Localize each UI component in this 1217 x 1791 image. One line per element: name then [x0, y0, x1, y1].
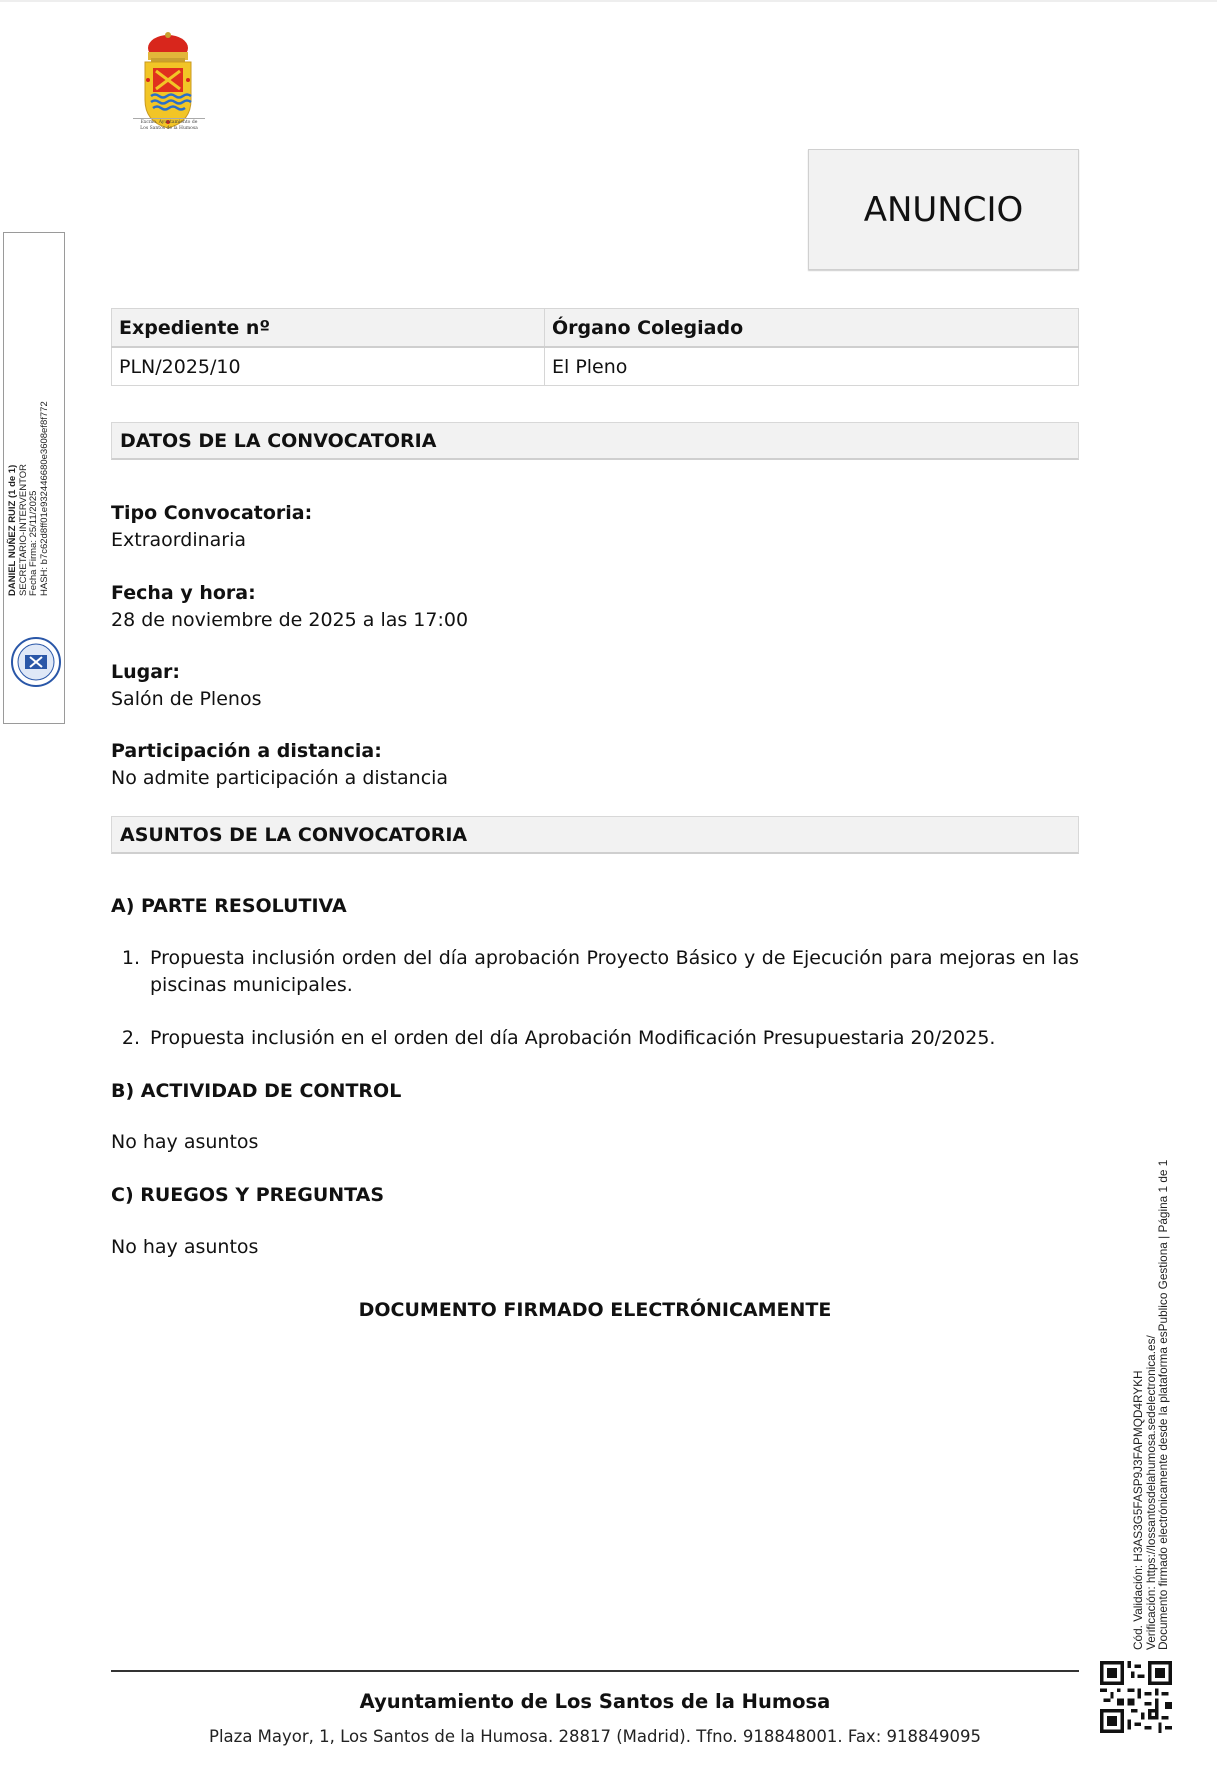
official-seal-icon — [10, 636, 62, 688]
logo-caption-line2: Los Santos de la Humosa — [133, 126, 205, 132]
qr-code-icon[interactable] — [1100, 1661, 1172, 1733]
field-value: No admite participación a distancia — [111, 765, 448, 792]
list-item: 2. Propuesta inclusión en el orden del d… — [111, 1025, 1079, 1052]
section-datos-convocatoria: DATOS DE LA CONVOCATORIA — [111, 422, 1079, 460]
logo-caption: Excmo. Ayuntamiento de Los Santos de la … — [133, 118, 205, 132]
heading-parte-resolutiva: A) PARTE RESOLUTIVA — [111, 895, 347, 917]
signature-hash: HASH: b7c62d8ff01e932446680e3608ef8f772 — [40, 401, 51, 596]
heading-ruegos-preguntas: C) RUEGOS Y PREGUNTAS — [111, 1184, 384, 1206]
field-value: 28 de noviembre de 2025 a las 17:00 — [111, 607, 468, 634]
signature-date: Fecha Firma: 25/11/2025 — [29, 401, 40, 596]
validation-details: Cód. Validación: H3AS3G5FASP9J3FAPMQD4RY… — [1132, 1160, 1170, 1650]
signature-details: DANIEL NUÑEZ RUIZ (1 de 1) SECRETARIO-IN… — [8, 401, 50, 596]
field-fecha-hora: Fecha y hora: 28 de noviembre de 2025 a … — [111, 580, 468, 634]
header-organo: Órgano Colegiado — [545, 309, 1079, 348]
field-label: Fecha y hora: — [111, 580, 468, 607]
list-item: 1. Propuesta inclusión orden del día apr… — [111, 945, 1079, 999]
signer-name: DANIEL NUÑEZ RUIZ (1 de 1) — [8, 401, 19, 596]
section-asuntos-convocatoria: ASUNTOS DE LA CONVOCATORIA — [111, 816, 1079, 854]
validation-code: Cód. Validación: H3AS3G5FASP9J3FAPMQD4RY… — [1132, 1160, 1145, 1650]
item-number: 2. — [111, 1025, 150, 1052]
table-header-row: Expediente nº Órgano Colegiado — [112, 309, 1079, 348]
platform-notice: Documento firmado electrónicamente desde… — [1157, 1160, 1170, 1650]
organo-value: El Pleno — [545, 347, 1079, 386]
field-label: Participación a distancia: — [111, 738, 448, 765]
field-tipo-convocatoria: Tipo Convocatoria: Extraordinaria — [111, 500, 312, 554]
expediente-table: Expediente nº Órgano Colegiado PLN/2025/… — [111, 308, 1079, 386]
field-lugar: Lugar: Salón de Plenos — [111, 659, 261, 713]
field-participacion-distancia: Participación a distancia: No admite par… — [111, 738, 448, 792]
expediente-value: PLN/2025/10 — [112, 347, 545, 386]
heading-actividad-control: B) ACTIVIDAD DE CONTROL — [111, 1080, 401, 1102]
actividad-control-text: No hay asuntos — [111, 1129, 258, 1156]
document-title: ANUNCIO — [808, 149, 1079, 270]
item-text: Propuesta inclusión orden del día aproba… — [150, 945, 1079, 999]
field-label: Tipo Convocatoria: — [111, 500, 312, 527]
footer-organization: Ayuntamiento de Los Santos de la Humosa — [111, 1690, 1079, 1713]
field-value: Salón de Plenos — [111, 686, 261, 713]
item-number: 1. — [111, 945, 150, 999]
header-expediente: Expediente nº — [112, 309, 545, 348]
item-text: Propuesta inclusión en el orden del día … — [150, 1025, 1079, 1052]
table-row: PLN/2025/10 El Pleno — [112, 347, 1079, 386]
field-value: Extraordinaria — [111, 527, 312, 554]
signed-notice: DOCUMENTO FIRMADO ELECTRÓNICAMENTE — [111, 1299, 1079, 1321]
footer-address: Plaza Mayor, 1, Los Santos de la Humosa.… — [111, 1727, 1079, 1746]
ruegos-preguntas-text: No hay asuntos — [111, 1234, 258, 1261]
footer-divider — [111, 1670, 1079, 1672]
field-label: Lugar: — [111, 659, 261, 686]
page-top-edge — [0, 0, 1217, 2]
